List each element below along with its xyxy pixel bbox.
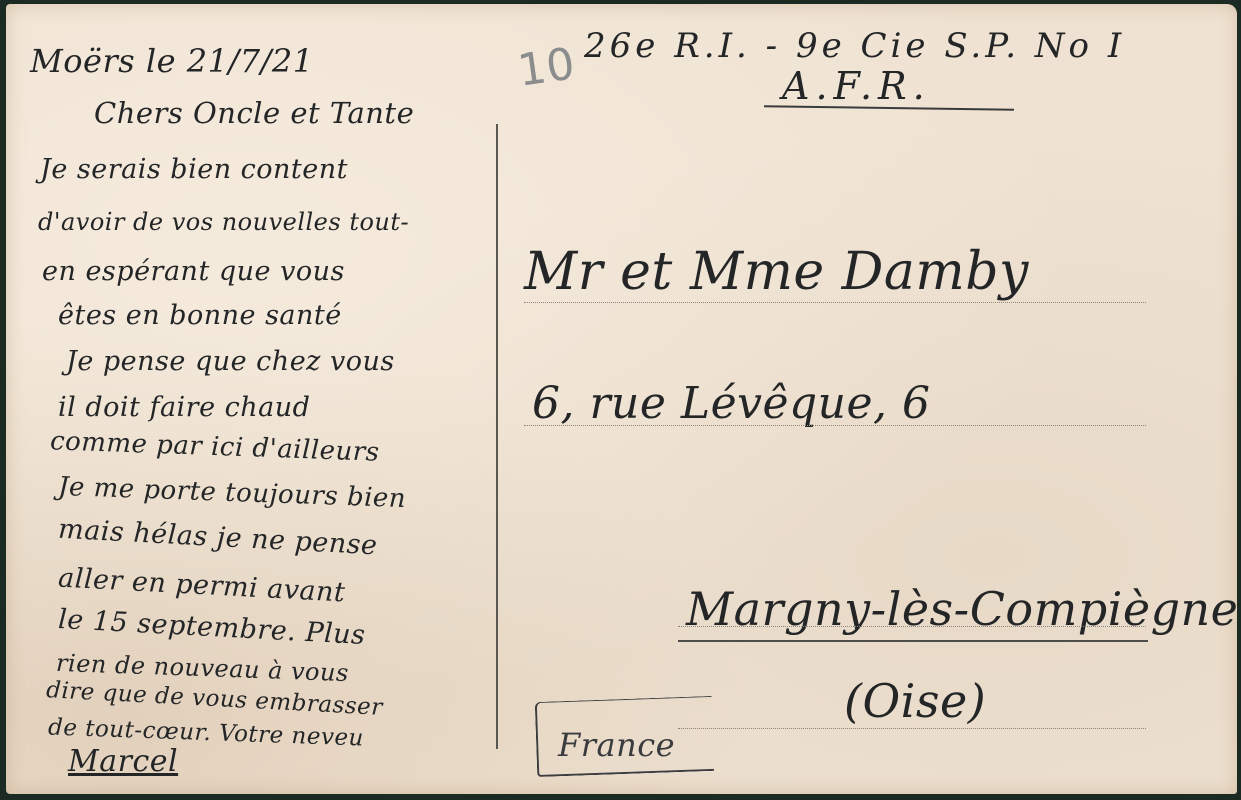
address-line-2	[524, 425, 1146, 426]
recipient-department: (Oise)	[844, 674, 986, 728]
city-underline	[678, 640, 1148, 642]
message-line: Je me porte toujours bien	[58, 472, 407, 514]
recipient-name: Mr et Mme Damby	[524, 242, 1029, 302]
address-line-3	[678, 626, 1146, 627]
postcard-back: 10 26e R.I. - 9e Cie S.P. No I A.F.R. Mo…	[6, 4, 1237, 794]
message-line: aller en permi avant	[57, 562, 346, 608]
message-line: Je serais bien content	[40, 154, 348, 185]
address-line-1	[524, 302, 1146, 303]
pencil-note: 10	[515, 38, 579, 96]
sender-unit-line1: 26e R.I. - 9e Cie S.P. No I	[584, 26, 1125, 66]
recipient-city: Margny-lès-Compiègne	[686, 582, 1238, 636]
message-line: le 15 septembre. Plus	[57, 604, 366, 651]
message-line: comme par ici d'ailleurs	[50, 426, 380, 467]
sender-unit-line2: A.F.R.	[782, 64, 931, 108]
place-date: Moërs le 21/7/21	[30, 42, 314, 80]
address-line-4	[678, 728, 1146, 729]
recipient-street: 6, rue Lévêque, 6	[532, 378, 931, 429]
salutation: Chers Oncle et Tante	[94, 96, 414, 130]
message-line: d'avoir de vos nouvelles tout-	[38, 208, 409, 236]
sender-unit-underline	[764, 105, 1014, 110]
signature: Marcel	[68, 744, 178, 779]
message-line: il doit faire chaud	[58, 392, 310, 423]
message-line: Je pense que chez vous	[66, 346, 395, 377]
message-line: en espérant que vous	[42, 256, 345, 287]
center-divider	[496, 124, 498, 749]
recipient-country: France	[558, 726, 675, 764]
message-line: mais hélas je ne pense	[57, 514, 378, 562]
message-line: êtes en bonne santé	[58, 300, 342, 331]
